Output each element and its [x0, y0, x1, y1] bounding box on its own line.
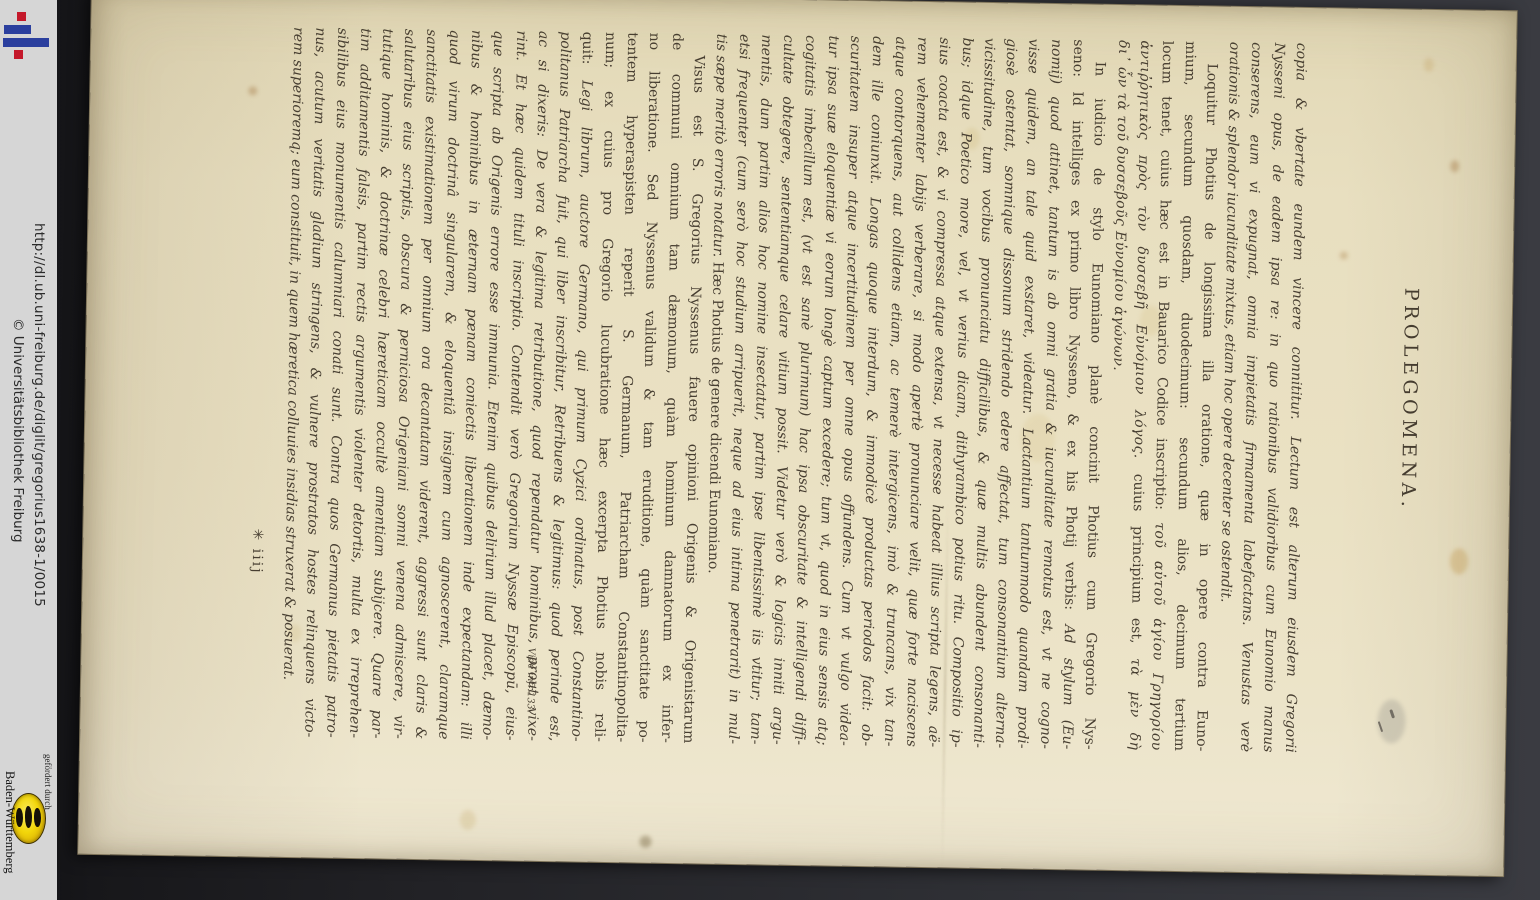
digitized-scan-viewer: http://dl.ub.uni-freiburg.de/diglit/greg… — [0, 0, 1540, 900]
book-page-scan: PROLEGOMENA. copia & vbertate eundem vin… — [78, 0, 1516, 876]
page-text-block: copia & vbertate eundem vincere connitit… — [275, 27, 1312, 753]
logo-red-square-bottom — [14, 50, 23, 59]
ink-mark — [1378, 721, 1383, 732]
paper-stain — [460, 810, 476, 830]
copyright-label: © Universitätsbibliothek Freiburg — [10, 318, 26, 543]
paper-stain — [1450, 548, 1468, 574]
marginal-note: Vide infr.133. — [525, 648, 537, 713]
paper-stain — [1450, 160, 1459, 172]
baden-wuerttemberg-label: Baden-Württemberg — [2, 771, 17, 874]
paper-stain — [248, 86, 257, 95]
image-url-label: http://dl.ub.uni-freiburg.de/diglit/greg… — [31, 223, 47, 607]
logo-blue-bar-short — [4, 25, 31, 34]
page-heading: PROLEGOMENA. — [1393, 44, 1426, 754]
paper-stain — [639, 836, 651, 848]
logo-red-square-top — [17, 12, 26, 21]
signature-mark: ✳ iiij — [249, 528, 266, 574]
funded-by-label: gefördert durch — [43, 754, 53, 810]
paper-stain — [1340, 251, 1348, 259]
library-frame-strip: http://dl.ub.uni-freiburg.de/diglit/greg… — [0, 0, 57, 900]
logo-blue-bar-long — [3, 38, 49, 47]
